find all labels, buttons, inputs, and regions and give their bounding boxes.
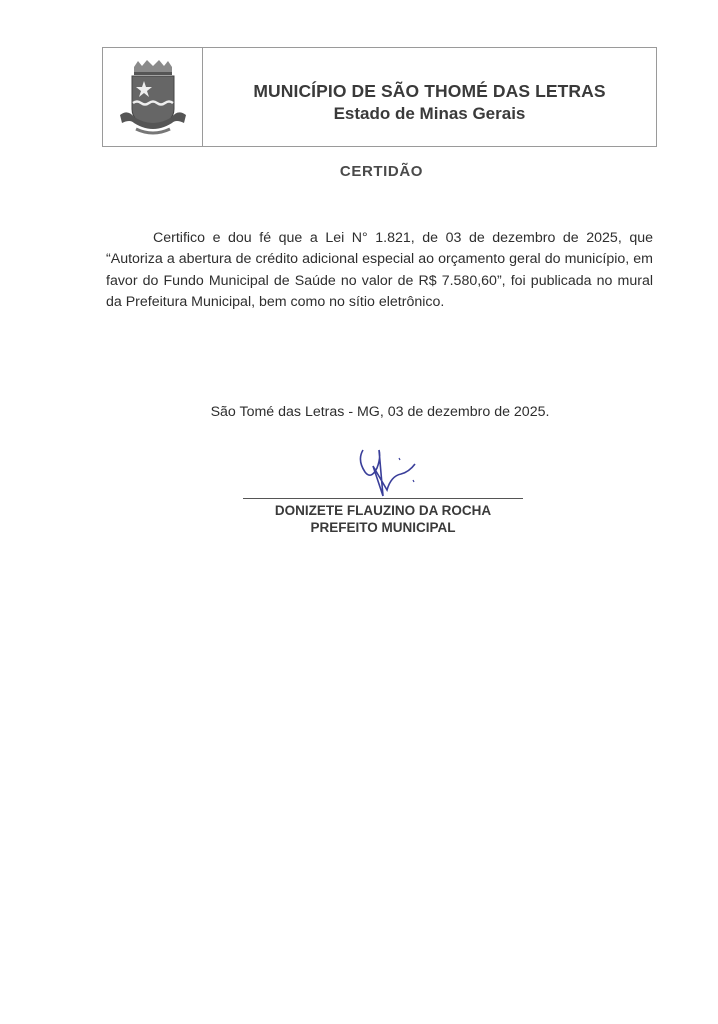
coat-of-arms-icon xyxy=(114,57,192,137)
letterhead-title: MUNICÍPIO DE SÃO THOMÉ DAS LETRAS Estado… xyxy=(203,48,656,146)
signature-line xyxy=(243,498,523,499)
municipality-name: MUNICÍPIO DE SÃO THOMÉ DAS LETRAS xyxy=(203,81,656,102)
signature-icon xyxy=(355,446,435,506)
state-name: Estado de Minas Gerais xyxy=(203,104,656,124)
place-date: São Tomé das Letras - MG, 03 de dezembro… xyxy=(0,404,718,420)
signer-name: DONIZETE FLAUZINO DA ROCHA xyxy=(243,503,523,518)
logo-cell xyxy=(103,48,203,146)
certificate-body: Certifico e dou fé que a Lei N° 1.821, d… xyxy=(106,228,653,314)
signer-role: PREFEITO MUNICIPAL xyxy=(243,520,523,535)
letterhead: MUNICÍPIO DE SÃO THOMÉ DAS LETRAS Estado… xyxy=(102,47,657,147)
document-title: CERTIDÃO xyxy=(0,163,718,180)
